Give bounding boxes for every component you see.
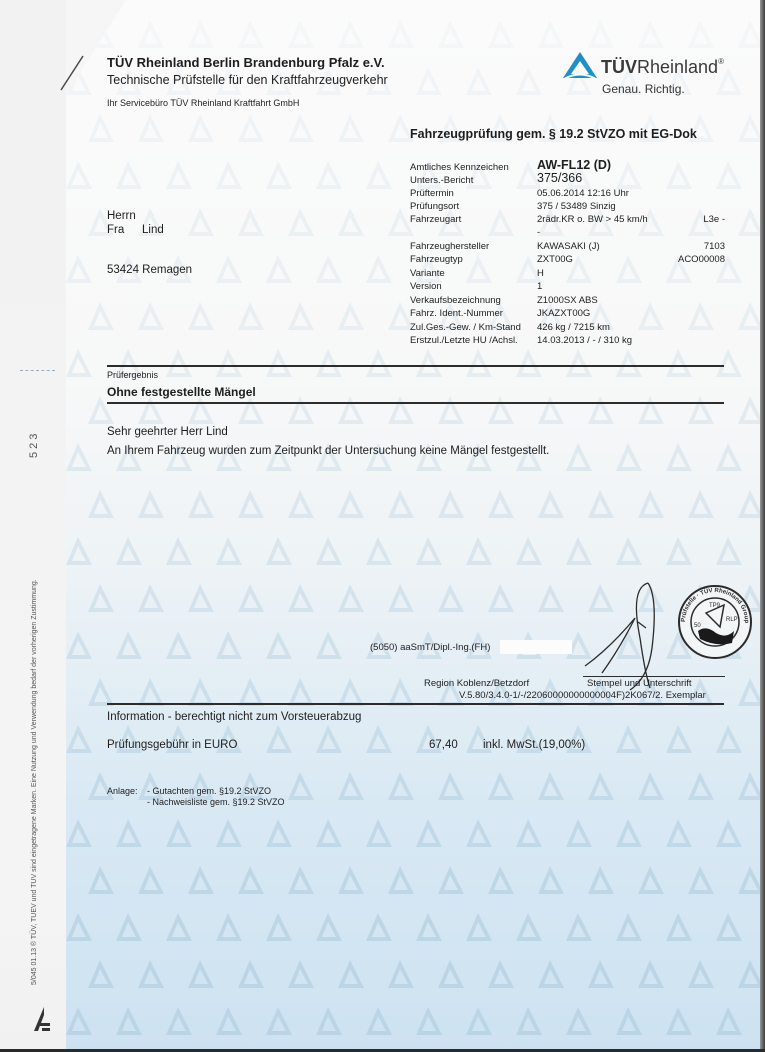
recipient-city: 53424 Remagen — [107, 264, 192, 276]
vehicle-field-label: Prüftermin — [410, 188, 454, 199]
divider — [107, 402, 724, 404]
vehicle-field-value: JKAZXT00G — [537, 308, 590, 319]
vehicle-field-label: Variante — [410, 268, 445, 279]
vehicle-field-label: Prüfungsort — [410, 201, 459, 212]
stamp-number-text: 50 — [694, 623, 701, 629]
corner-fold-mark — [55, 50, 95, 95]
logo-slogan: Genau. Richtig. — [602, 82, 685, 96]
divider — [107, 703, 724, 705]
document-title: Fahrzeugprüfung gem. § 19.2 StVZO mit EG… — [410, 127, 697, 141]
vehicle-field-label: Zul.Ges.-Gew. / Km-Stand — [410, 322, 521, 333]
official-stamp: TP9 RLP 50 Prüfstelle · TÜV Rheinland Gr… — [676, 583, 754, 661]
vehicle-field-code: ACO00008 — [678, 254, 725, 265]
vehicle-field-value: AW-FL12 (D) — [537, 158, 611, 172]
organization-name: TÜV Rheinland Berlin Brandenburg Pfalz e… — [107, 55, 385, 70]
vehicle-field-label: Version — [410, 281, 442, 292]
region-label: Region Koblenz/Betzdorf — [424, 678, 529, 689]
tax-info: Information - berechtigt nicht zum Vorst… — [107, 711, 361, 723]
vehicle-field-label: Unters.-Bericht — [410, 175, 473, 186]
document-page — [66, 0, 762, 1052]
vehicle-field-label: Fahrzeugart — [410, 214, 461, 225]
fold-mark — [20, 370, 55, 372]
divider — [107, 365, 724, 367]
attachment-item: - Nachweisliste gem. §19.2 StVZO — [147, 797, 285, 807]
vehicle-field-value: Z1000SX ABS — [537, 295, 598, 306]
vehicle-field-value: 375 / 53489 Sinzig — [537, 201, 616, 212]
vehicle-field-value: ZXT00G — [537, 254, 573, 265]
vehicle-field-label: Erstzul./Letzte HU /Achsl. — [410, 335, 518, 346]
redaction-box — [500, 640, 572, 654]
attachment-item: - Gutachten gem. §19.2 StVZO — [147, 786, 271, 796]
recipient-salutation: Herrn — [107, 210, 136, 222]
recipient-first-name: Fra — [107, 224, 124, 236]
vehicle-field-value: 375/366 — [537, 171, 582, 185]
examiner-id: (5050) aaSmT/Dipl.-Ing.(FH) — [370, 642, 490, 653]
vehicle-field-label: Fahrzeugtyp — [410, 254, 463, 265]
vehicle-field-label: Verkaufsbezeichnung — [410, 295, 501, 306]
stamp-tp-text: TP9 — [709, 603, 721, 609]
letter-body: An Ihrem Fahrzeug wurden zum Zeitpunkt d… — [107, 445, 549, 457]
fee-label: Prüfungsgebühr in EURO — [107, 739, 237, 751]
vehicle-field-code: L3e - — [703, 214, 725, 225]
letter-greeting: Sehr geehrter Herr Lind — [107, 426, 228, 438]
vehicle-field-value: H — [537, 268, 544, 279]
vehicle-field-value: - — [537, 227, 540, 238]
scan-edge-right — [760, 0, 765, 1052]
watermark-pattern — [66, 0, 762, 1052]
attachments-label: Anlage: — [107, 786, 138, 796]
page-number: 523 — [28, 431, 40, 458]
vehicle-field-label: Fahrzeughersteller — [410, 241, 489, 252]
tuv-triangle-logo-icon — [560, 50, 600, 82]
vehicle-field-value: 1 — [537, 281, 542, 292]
vehicle-field-value: 14.03.2013 / - / 310 kg — [537, 335, 632, 346]
version-line: V.5.80/3.4.0-1/-/22060000000000004F)2K06… — [459, 690, 706, 701]
vehicle-field-value: 426 kg / 7215 km — [537, 322, 610, 333]
result-value: Ohne festgestellte Mängel — [107, 385, 256, 399]
vehicle-field-value: KAWASAKI (J) — [537, 241, 600, 252]
logo-brand-bold: TÜV — [601, 57, 637, 77]
registered-mark: ® — [718, 57, 724, 66]
tuv-small-logo-icon — [30, 1005, 52, 1035]
result-label: Prüfergebnis — [107, 370, 158, 380]
service-office: Ihr Servicebüro TÜV Rheinland Kraftfahrt… — [107, 98, 299, 108]
stamp-signature-label: Stempel und Unterschrift — [587, 678, 692, 689]
recipient-last-name: Lind — [142, 224, 164, 236]
organization-subtitle: Technische Prüfstelle für den Kraftfahrz… — [107, 73, 388, 87]
signature-line — [583, 676, 725, 677]
vehicle-field-value: 2rädr.KR o. BW > 45 km/h — [537, 214, 648, 225]
vehicle-field-label: Fahrz. Ident.-Nummer — [410, 308, 503, 319]
tuv-logo-wordmark: TÜVRheinland® — [601, 57, 724, 78]
vehicle-field-value: 05.06.2014 12:16 Uhr — [537, 188, 629, 199]
fee-amount: 67,40 — [429, 739, 458, 751]
vehicle-field-code: 7103 — [704, 241, 725, 252]
margin-legal-text: 5/045 01.13 ® TÜV, TUEV und TUV sind ein… — [31, 579, 38, 985]
stamp-rlp-text: RLP — [726, 617, 738, 623]
fee-tax-note: inkl. MwSt.(19,00%) — [483, 739, 585, 751]
logo-brand-regular: Rheinland — [637, 57, 718, 77]
vehicle-field-label: Amtliches Kennzeichen — [410, 162, 509, 173]
